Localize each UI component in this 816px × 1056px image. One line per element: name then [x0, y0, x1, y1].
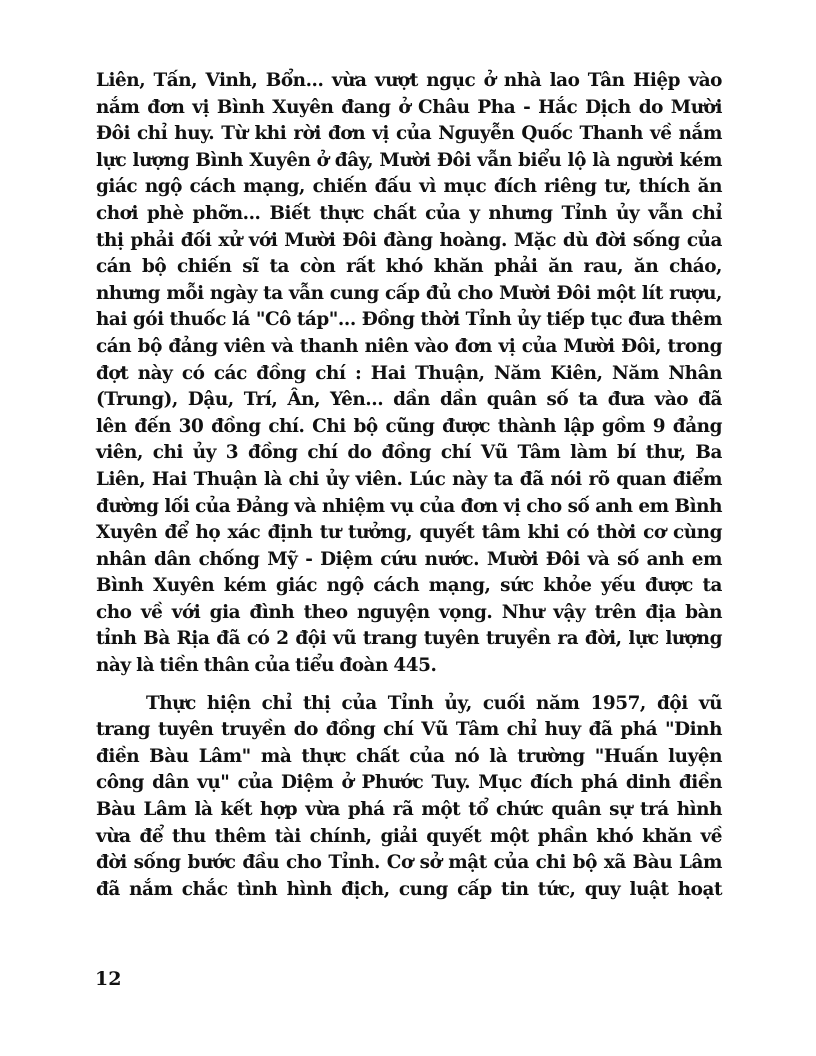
text-line: lên đến 30 đồng chí. Chi bộ cũng được th…	[96, 414, 722, 441]
text-line: chơi phè phỡn... Biết thực chất của y nh…	[96, 201, 722, 228]
text-line: Thực hiện chỉ thị của Tỉnh ủy, cuối năm …	[96, 691, 722, 718]
text-line: nắm đơn vị Bình Xuyên đang ở Châu Pha - …	[96, 95, 722, 122]
text-line: (Trung), Dậu, Trí, Ân, Yên... dần dần qu…	[96, 387, 722, 414]
text-line: Xuyên để họ xác định tư tưởng, quyết tâm…	[96, 520, 722, 547]
text-line: đã nắm chắc tình hình địch, cung cấp tin…	[96, 877, 722, 904]
paragraph-2: Thực hiện chỉ thị của Tỉnh ủy, cuối năm …	[96, 691, 722, 904]
text-line: nhưng mỗi ngày ta vẫn cung cấp đủ cho Mư…	[96, 281, 722, 308]
text-line: giác ngộ cách mạng, chiến đấu vì mục đíc…	[96, 174, 722, 201]
page-number: 12	[95, 968, 121, 990]
text-line: cho về với gia đình theo nguyện vọng. Nh…	[96, 600, 722, 627]
text-line: cán bộ chiến sĩ ta còn rất khó khăn phải…	[96, 254, 722, 281]
paragraph-1: Liên, Tấn, Vinh, Bổn... vừa vượt ngục ở …	[96, 68, 722, 680]
text-line: tỉnh Bà Rịa đã có 2 đội vũ trang tuyên t…	[96, 626, 722, 653]
text-line: viên, chi ủy 3 đồng chí do đồng chí Vũ T…	[96, 440, 722, 467]
page-body: Liên, Tấn, Vinh, Bổn... vừa vượt ngục ở …	[96, 68, 722, 903]
text-line: Liên, Tấn, Vinh, Bổn... vừa vượt ngục ở …	[96, 68, 722, 95]
text-line: vừa để thu thêm tài chính, giải quyết mộ…	[96, 824, 722, 851]
text-line: trang tuyên truyền do đồng chí Vũ Tâm ch…	[96, 717, 722, 744]
text-line: hai gói thuốc lá "Cô táp"... Đồng thời T…	[96, 307, 722, 334]
text-line: thị phải đối xử với Mười Đôi đàng hoàng.…	[96, 228, 722, 255]
text-line: Bàu Lâm là kết hợp vừa phá rã một tổ chứ…	[96, 797, 722, 824]
text-line: đường lối của Đảng và nhiệm vụ của đơn v…	[96, 494, 722, 521]
text-line: điền Bàu Lâm" mà thực chất của nó là trư…	[96, 744, 722, 771]
text-line: đời sống bước đầu cho Tỉnh. Cơ sở mật củ…	[96, 850, 722, 877]
text-line: lực lượng Bình Xuyên ở đây, Mười Đôi vẫn…	[96, 148, 722, 175]
text-line: Đôi chỉ huy. Từ khi rời đơn vị của Nguyễ…	[96, 121, 722, 148]
paragraph-spacer	[96, 680, 722, 691]
text-line: này là tiền thân của tiểu đoàn 445.	[96, 653, 722, 680]
text-line: đợt này có các đồng chí : Hai Thuận, Năm…	[96, 361, 722, 388]
text-line: Bình Xuyên kém giác ngộ cách mạng, sức k…	[96, 573, 722, 600]
text-line: Liên, Hai Thuận là chi ủy viên. Lúc này …	[96, 467, 722, 494]
text-line: nhân dân chống Mỹ - Diệm cứu nước. Mười …	[96, 547, 722, 574]
text-line: cán bộ đảng viên và thanh niên vào đơn v…	[96, 334, 722, 361]
text-line: công dân vụ" của Diệm ở Phước Tuy. Mục đ…	[96, 770, 722, 797]
